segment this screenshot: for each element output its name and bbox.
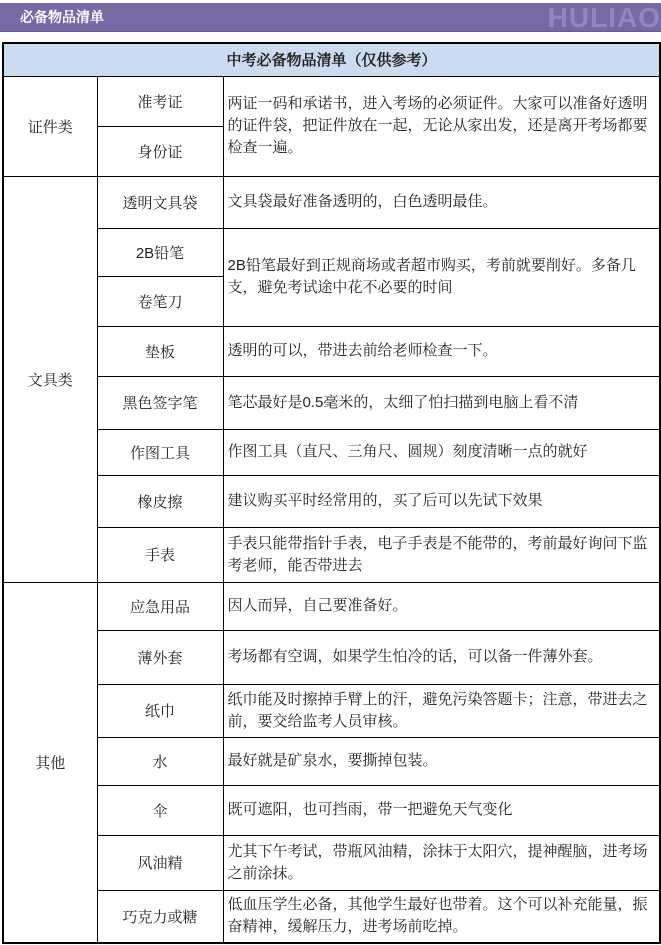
item-cell: 卷笔刀 (97, 276, 223, 326)
description-cell: 手表只能带指针手表，电子手表是不能带的，考前最好询问下监考老师，能否带进去 (223, 527, 660, 582)
description-cell: 考场都有空调，如果学生怕冷的话，可以备一件薄外套。 (223, 630, 660, 684)
description-cell: 作图工具（直尺、三角尺、圆规）刻度清晰一点的就好 (223, 429, 660, 475)
item-cell: 应急用品 (97, 582, 223, 630)
description-cell: 建议购买平时经常用的，买了后可以先试下效果 (223, 475, 660, 527)
item-cell: 巧克力或糖 (97, 890, 223, 943)
item-cell: 身份证 (97, 126, 223, 176)
category-cell: 文具类 (3, 176, 97, 582)
description-cell: 最好就是矿泉水，要撕掉包装。 (223, 737, 660, 785)
description-cell: 纸巾能及时擦掉手臂上的汗，避免污染答题卡；注意，带进去之前，要交给监考人员审核。 (223, 684, 660, 737)
item-cell: 作图工具 (97, 429, 223, 475)
item-cell: 2B铅笔 (97, 228, 223, 276)
description-cell: 两证一码和承诺书，进入考场的必须证件。大家可以准备好透明的证件袋，把证件放在一起… (223, 76, 660, 176)
item-cell: 黑色签字笔 (97, 376, 223, 429)
item-cell: 纸巾 (97, 684, 223, 737)
item-cell: 准考证 (97, 76, 223, 126)
item-cell: 伞 (97, 785, 223, 835)
item-cell: 薄外套 (97, 630, 223, 684)
item-cell: 水 (97, 737, 223, 785)
item-cell: 橡皮擦 (97, 475, 223, 527)
description-cell: 笔芯最好是0.5毫米的，太细了怕扫描到电脑上看不清 (223, 376, 660, 429)
item-cell: 垫板 (97, 326, 223, 376)
description-cell: 低血压学生必备，其他学生最好也带着。这个可以补充能量，振奋精神，缓解压力，进考场… (223, 890, 660, 943)
item-cell: 透明文具袋 (97, 176, 223, 228)
description-cell: 因人而异，自己要准备好。 (223, 582, 660, 630)
checklist-table: 中考必备物品清单（仅供参考） 证件类 准考证 两证一码和承诺书，进入考场的必须证… (2, 42, 661, 944)
description-cell: 透明的可以，带进去前给老师检查一下。 (223, 326, 660, 376)
category-cell: 证件类 (3, 76, 97, 176)
top-header-bar: 必备物品清单 HULIAO (0, 3, 661, 32)
description-cell: 文具袋最好准备透明的，白色透明最佳。 (223, 176, 660, 228)
table-title: 中考必备物品清单（仅供参考） (3, 43, 660, 76)
item-cell: 手表 (97, 527, 223, 582)
item-cell: 风油精 (97, 835, 223, 890)
category-cell: 其他 (3, 582, 97, 943)
description-cell: 尤其下午考试，带瓶风油精，涂抹于太阳穴，提神醒脑，进考场之前涂抹。 (223, 835, 660, 890)
description-cell: 2B铅笔最好到正规商场或者超市购买，考前就要削好。多备几支，避免考试途中花不必要… (223, 228, 660, 326)
description-cell: 既可遮阳，也可挡雨，带一把避免天气变化 (223, 785, 660, 835)
watermark-logo: HULIAO (548, 3, 661, 32)
